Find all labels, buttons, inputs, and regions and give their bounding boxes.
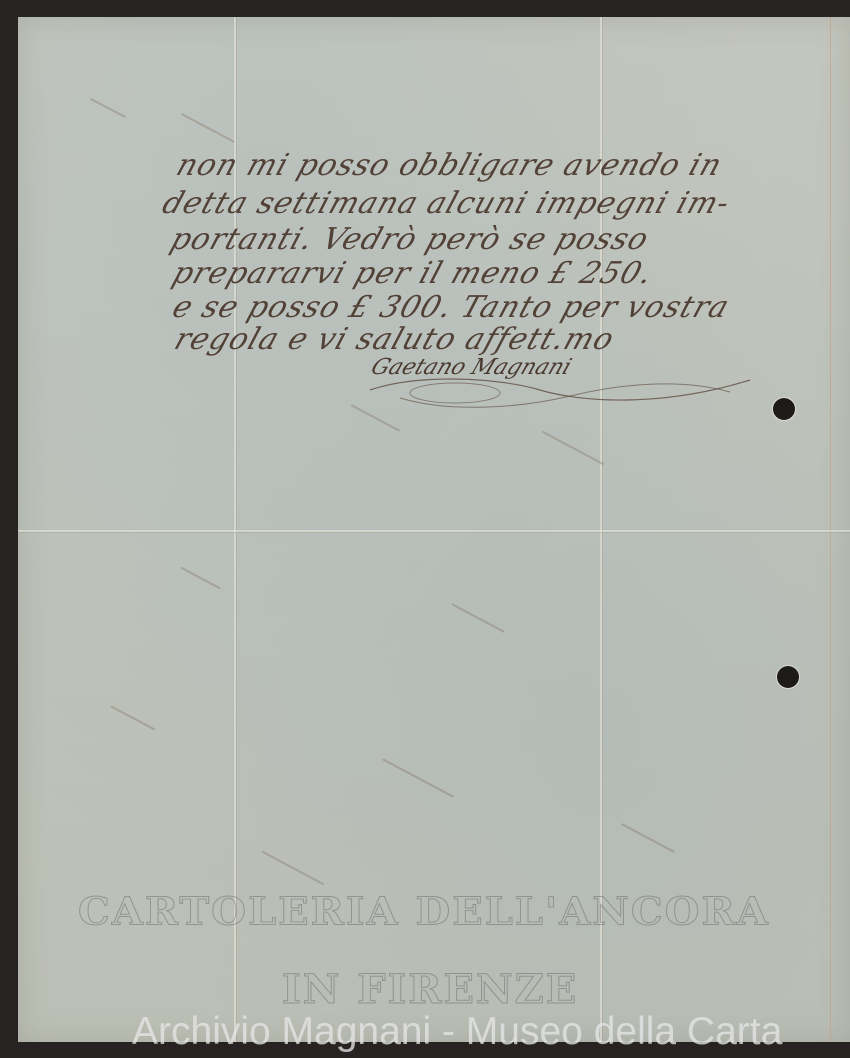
showthrough-stroke <box>180 567 221 590</box>
showthrough-stroke <box>451 603 505 633</box>
letterhead-showthrough: CARTOLERIA DELL'ANCORA <box>78 889 788 934</box>
showthrough-stroke <box>110 705 155 730</box>
handwriting-line: non mi posso obbligare avendo in <box>172 148 727 183</box>
punch-hole <box>773 398 795 420</box>
handwriting-line: prepararvi per il meno £ 250. <box>168 256 658 291</box>
showthrough-stroke <box>262 851 325 886</box>
punch-hole <box>777 666 799 688</box>
signature-flourish <box>360 368 760 418</box>
showthrough-stroke <box>542 431 605 466</box>
showthrough-stroke <box>181 113 235 143</box>
archive-watermark: Archivio Magnani - Museo della Carta <box>132 1010 782 1054</box>
handwriting-line: detta settimana alcuni impegni im- <box>158 186 735 221</box>
showthrough-stroke <box>621 823 675 853</box>
handwriting-line: portanti. Vedrò però se posso <box>166 222 653 257</box>
fold-line-horizontal <box>18 530 850 532</box>
handwriting-line: regola e vi saluto affett.mo <box>170 322 619 357</box>
showthrough-stroke <box>90 98 126 119</box>
letterhead-city-showthrough: IN FIRENZE <box>282 966 578 1013</box>
showthrough-stroke <box>382 758 454 797</box>
handwriting-line: e se posso £ 300. Tanto per vostra <box>168 290 734 325</box>
